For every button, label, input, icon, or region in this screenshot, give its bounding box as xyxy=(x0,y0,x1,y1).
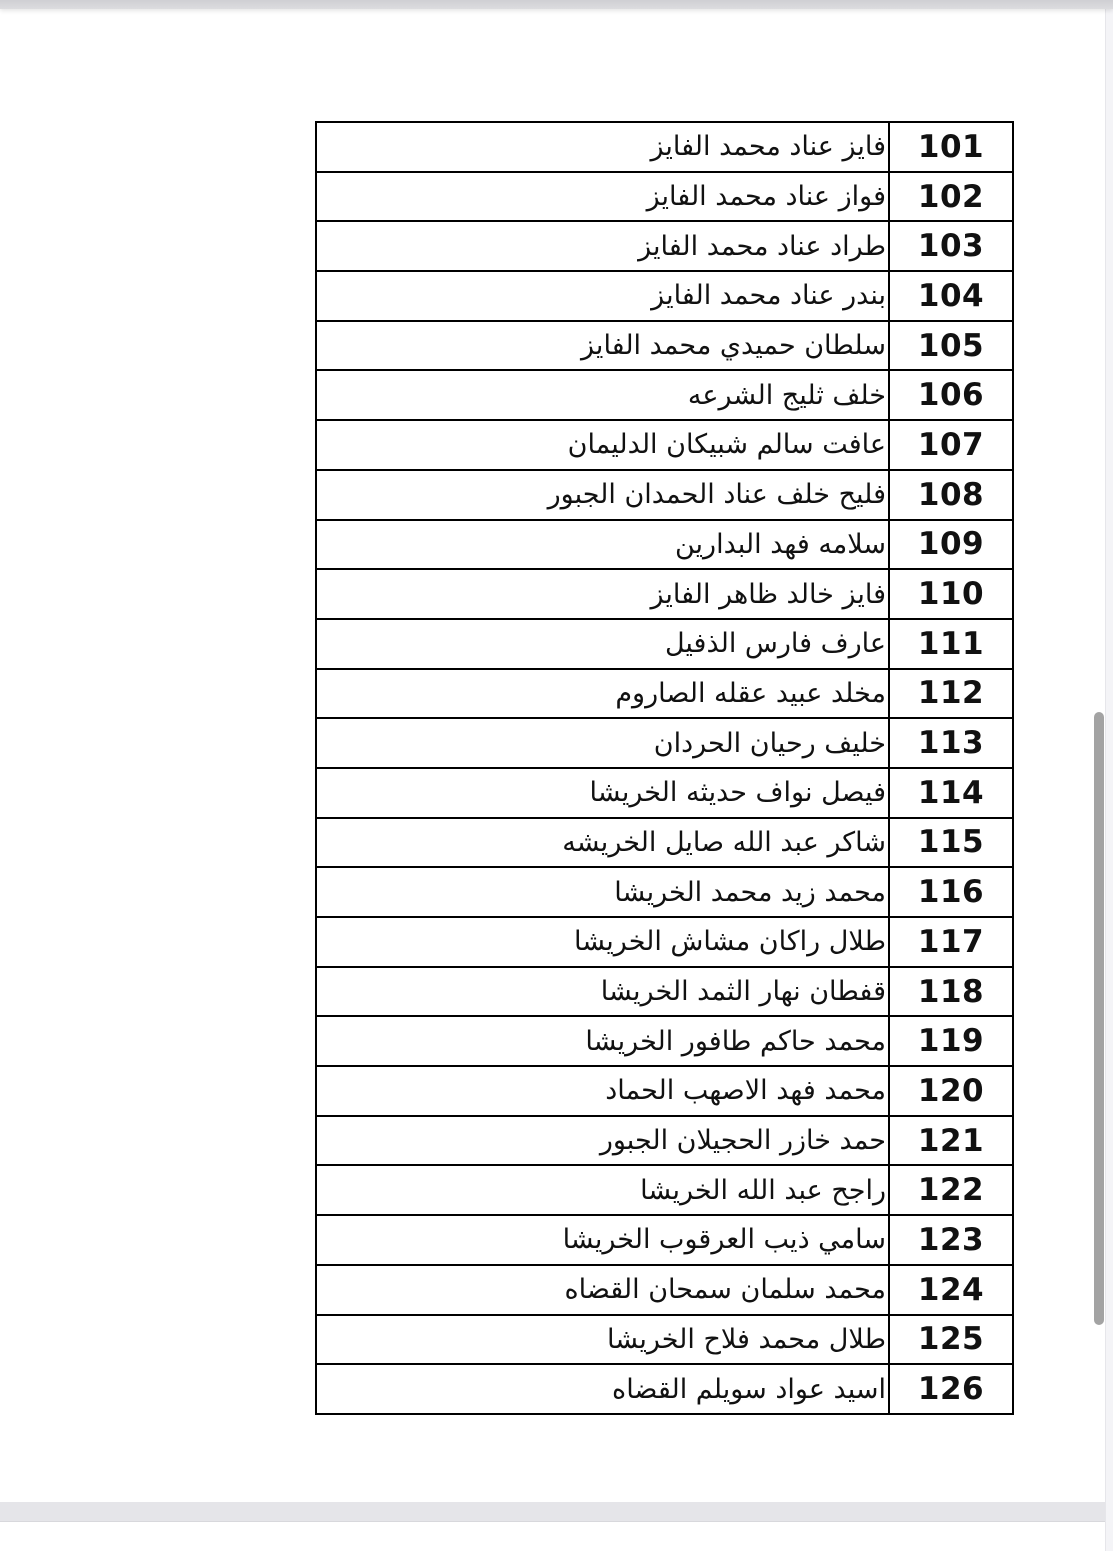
serial-number-cell: 107 xyxy=(889,420,1013,470)
name-cell: شاكر عبد الله صايل الخريشه xyxy=(316,818,889,868)
table-row: 111 عارف فارس الذفيل xyxy=(316,619,1013,669)
name-cell: طلال راكان مشاش الخريشا xyxy=(316,917,889,967)
table-row: 103 طراد عناد محمد الفايز xyxy=(316,221,1013,271)
table-row: 107 عافت سالم شبيكان الدليمان xyxy=(316,420,1013,470)
table-row: 101 فايز عناد محمد الفايز xyxy=(316,122,1013,172)
names-table-body: 101 فايز عناد محمد الفايز 102 فواز عناد … xyxy=(316,122,1013,1414)
table-row: 125 طلال محمد فلاح الخريشا xyxy=(316,1315,1013,1365)
serial-number-cell: 122 xyxy=(889,1165,1013,1215)
next-page-top xyxy=(0,1522,1106,1551)
table-row: 109 سلامه فهد البدارين xyxy=(316,520,1013,570)
scrollbar-track[interactable] xyxy=(1105,0,1113,1551)
serial-number-cell: 101 xyxy=(889,122,1013,172)
serial-number-cell: 115 xyxy=(889,818,1013,868)
serial-number-cell: 119 xyxy=(889,1016,1013,1066)
name-cell: فايز عناد محمد الفايز xyxy=(316,122,889,172)
table-row: 104 بندر عناد محمد الفايز xyxy=(316,271,1013,321)
table-row: 118 قفطان نهار الثمد الخريشا xyxy=(316,967,1013,1017)
name-cell: راجح عبد الله الخريشا xyxy=(316,1165,889,1215)
document-viewer: 101 فايز عناد محمد الفايز 102 فواز عناد … xyxy=(0,0,1113,1551)
table-row: 114 فيصل نواف حديثه الخريشا xyxy=(316,768,1013,818)
name-cell: خلف ثليج الشرعه xyxy=(316,370,889,420)
serial-number-cell: 103 xyxy=(889,221,1013,271)
table-row: 122 راجح عبد الله الخريشا xyxy=(316,1165,1013,1215)
table-row: 106 خلف ثليج الشرعه xyxy=(316,370,1013,420)
table-row: 126 اسيد عواد سويلم القضاه xyxy=(316,1364,1013,1414)
serial-number-cell: 121 xyxy=(889,1116,1013,1166)
table-row: 110 فايز خالد ظاهر الفايز xyxy=(316,569,1013,619)
table-row: 105 سلطان حميدي محمد الفايز xyxy=(316,321,1013,371)
scrollbar-thumb[interactable] xyxy=(1094,712,1104,1325)
name-cell: فايز خالد ظاهر الفايز xyxy=(316,569,889,619)
table-row: 113 خليف رحيان الحردان xyxy=(316,718,1013,768)
serial-number-cell: 123 xyxy=(889,1215,1013,1265)
name-cell: محمد حاكم طافور الخريشا xyxy=(316,1016,889,1066)
serial-number-cell: 105 xyxy=(889,321,1013,371)
table-row: 108 فليح خلف عناد الحمدان الجبور xyxy=(316,470,1013,520)
name-cell: طلال محمد فلاح الخريشا xyxy=(316,1315,889,1365)
table-row: 124 محمد سلمان سمحان القضاه xyxy=(316,1265,1013,1315)
name-cell: سلامه فهد البدارين xyxy=(316,520,889,570)
name-cell: حمد خازر الحجيلان الجبور xyxy=(316,1116,889,1166)
serial-number-cell: 102 xyxy=(889,172,1013,222)
top-chrome-bar xyxy=(0,0,1113,9)
table-row: 116 محمد زيد محمد الخريشا xyxy=(316,867,1013,917)
table-row: 115 شاكر عبد الله صايل الخريشه xyxy=(316,818,1013,868)
name-cell: مخلد عبيد عقله الصاروم xyxy=(316,669,889,719)
serial-number-cell: 120 xyxy=(889,1066,1013,1116)
serial-number-cell: 104 xyxy=(889,271,1013,321)
name-cell: سامي ذيب العرقوب الخريشا xyxy=(316,1215,889,1265)
table-row: 121 حمد خازر الحجيلان الجبور xyxy=(316,1116,1013,1166)
page-break-gap xyxy=(0,1502,1106,1522)
serial-number-cell: 114 xyxy=(889,768,1013,818)
name-cell: سلطان حميدي محمد الفايز xyxy=(316,321,889,371)
serial-number-cell: 112 xyxy=(889,669,1013,719)
table-row: 120 محمد فهد الاصهب الحماد xyxy=(316,1066,1013,1116)
serial-number-cell: 126 xyxy=(889,1364,1013,1414)
serial-number-cell: 118 xyxy=(889,967,1013,1017)
name-cell: طراد عناد محمد الفايز xyxy=(316,221,889,271)
name-cell: محمد زيد محمد الخريشا xyxy=(316,867,889,917)
name-cell: فواز عناد محمد الفايز xyxy=(316,172,889,222)
name-cell: محمد فهد الاصهب الحماد xyxy=(316,1066,889,1116)
table-row: 102 فواز عناد محمد الفايز xyxy=(316,172,1013,222)
serial-number-cell: 106 xyxy=(889,370,1013,420)
name-cell: فليح خلف عناد الحمدان الجبور xyxy=(316,470,889,520)
name-cell: خليف رحيان الحردان xyxy=(316,718,889,768)
serial-number-cell: 110 xyxy=(889,569,1013,619)
serial-number-cell: 125 xyxy=(889,1315,1013,1365)
serial-number-cell: 109 xyxy=(889,520,1013,570)
name-cell: عارف فارس الذفيل xyxy=(316,619,889,669)
serial-number-cell: 111 xyxy=(889,619,1013,669)
serial-number-cell: 108 xyxy=(889,470,1013,520)
name-cell: بندر عناد محمد الفايز xyxy=(316,271,889,321)
name-cell: محمد سلمان سمحان القضاه xyxy=(316,1265,889,1315)
table-row: 117 طلال راكان مشاش الخريشا xyxy=(316,917,1013,967)
table-row: 119 محمد حاكم طافور الخريشا xyxy=(316,1016,1013,1066)
name-cell: عافت سالم شبيكان الدليمان xyxy=(316,420,889,470)
serial-number-cell: 124 xyxy=(889,1265,1013,1315)
name-cell: اسيد عواد سويلم القضاه xyxy=(316,1364,889,1414)
name-cell: قفطان نهار الثمد الخريشا xyxy=(316,967,889,1017)
names-table: 101 فايز عناد محمد الفايز 102 فواز عناد … xyxy=(315,121,1014,1415)
serial-number-cell: 113 xyxy=(889,718,1013,768)
name-cell: فيصل نواف حديثه الخريشا xyxy=(316,768,889,818)
document-page: 101 فايز عناد محمد الفايز 102 فواز عناد … xyxy=(0,9,1106,1502)
table-row: 112 مخلد عبيد عقله الصاروم xyxy=(316,669,1013,719)
serial-number-cell: 116 xyxy=(889,867,1013,917)
serial-number-cell: 117 xyxy=(889,917,1013,967)
table-row: 123 سامي ذيب العرقوب الخريشا xyxy=(316,1215,1013,1265)
